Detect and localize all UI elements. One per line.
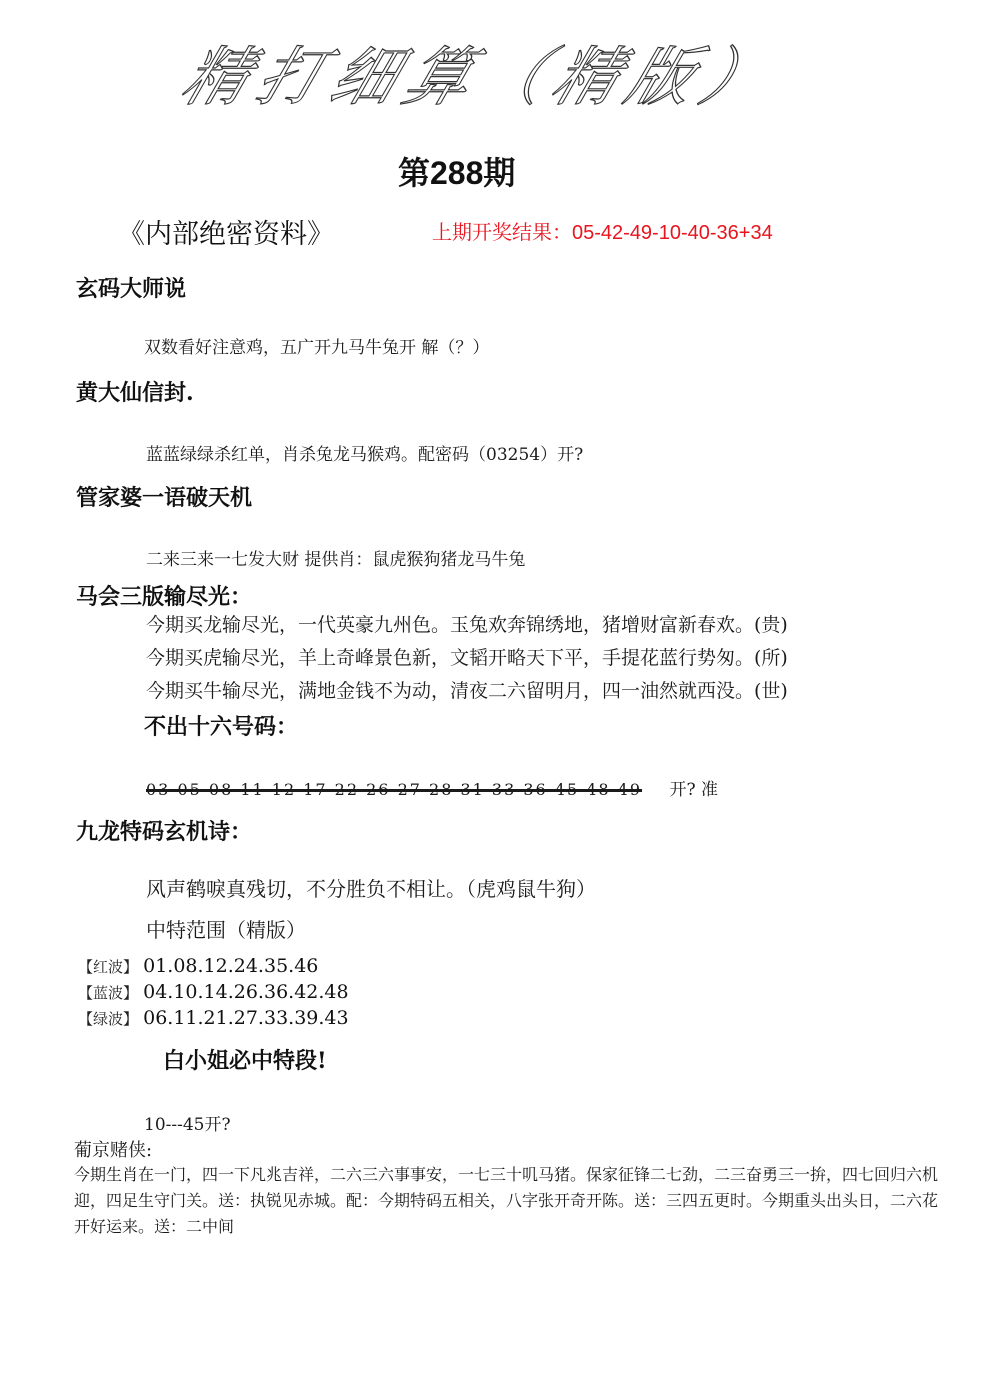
section-text-guanjiapo: 二来三来一七发大财 提供肖：鼠虎猴狗猪龙马牛兔: [146, 545, 525, 570]
last-result: 上期开奖结果：05-42-49-10-40-36+34: [432, 216, 773, 245]
section-text-huangdaxian: 蓝蓝绿绿杀红单，肖杀兔龙马猴鸡。配密码（03254）开?: [146, 440, 583, 465]
wave-numbers-red: 01.08.12.24.35.46: [143, 955, 318, 977]
mahui-line-3: 今期买牛输尽光，满地金钱不为动，清夜二六留明月，四一油然就西没。(世): [146, 676, 788, 703]
last-result-label: 上期开奖结果：: [432, 222, 572, 244]
wave-label-red: 【红波】: [78, 958, 138, 976]
excluded-numbers: 03 05 08 11 12 17 22 26 27 28 31 33 36 4…: [146, 775, 718, 800]
section-text-pujing: 今期生肖在一门，四一下凡兆吉祥，二六三六事事安，一七三十叽马猪。保家征锋二七劲，…: [74, 1162, 944, 1240]
section-heading-huangdaxian: 黄大仙信封.: [76, 376, 194, 407]
wave-numbers-green: 06.11.21.27.33.39.43: [143, 1007, 348, 1029]
wave-label-green: 【绿波】: [78, 1010, 138, 1028]
section-heading-baixiaojie: 白小姐必中特段!: [163, 1044, 327, 1075]
wave-label-blue: 【蓝波】: [78, 984, 138, 1002]
section-heading-jiulong: 九龙特码玄机诗：: [76, 815, 252, 846]
wave-numbers-blue: 04.10.14.26.36.42.48: [143, 981, 348, 1003]
wave-row-blue: 【蓝波】 04.10.14.26.36.42.48: [78, 981, 349, 1003]
section-heading-mahui: 马会三版输尽光：: [76, 580, 252, 611]
excluded-numbers-suffix: 开? 准: [669, 780, 718, 800]
section-heading-xuanma: 玄码大师说: [76, 272, 186, 303]
last-result-numbers: 05-42-49-10-40-36+34: [572, 222, 773, 244]
excluded-numbers-list: 03 05 08 11 12 17 22 26 27 28 31 33 36 4…: [146, 780, 642, 799]
wave-row-green: 【绿波】 06.11.21.27.33.39.43: [78, 1007, 349, 1029]
section-heading-guanjiapo: 管家婆一语破天机: [76, 481, 252, 512]
mahui-line-2: 今期买虎输尽光，羊上奇峰景色新，文韬开略天下平，手提花蓝行势匆。(所): [146, 643, 788, 670]
jiulong-poem: 风声鹤唳真残切，不分胜负不相让。（虎鸡鼠牛狗）: [146, 873, 596, 902]
banner-title: 精打细算（精版）: [169, 28, 791, 128]
section-heading-pujing: 葡京赌侠:: [74, 1136, 152, 1162]
subtitle: 《内部绝密资料》: [118, 212, 334, 251]
mahui-line-1: 今期买龙输尽光，一代英豪九州色。玉兔欢奔锦绣地，猪增财富新春欢。(贵): [146, 610, 788, 637]
section-text-baixiaojie: 10---45开?: [144, 1110, 231, 1135]
section-text-xuanma: 双数看好注意鸡，五广开九马牛兔开 解（？）: [144, 333, 489, 358]
range-title: 中特范围（精版）: [146, 914, 306, 943]
wave-row-red: 【红波】 01.08.12.24.35.46: [78, 955, 318, 977]
section-heading-buchu: 不出十六号码：: [144, 710, 298, 741]
issue-number: 第288期: [398, 148, 515, 194]
